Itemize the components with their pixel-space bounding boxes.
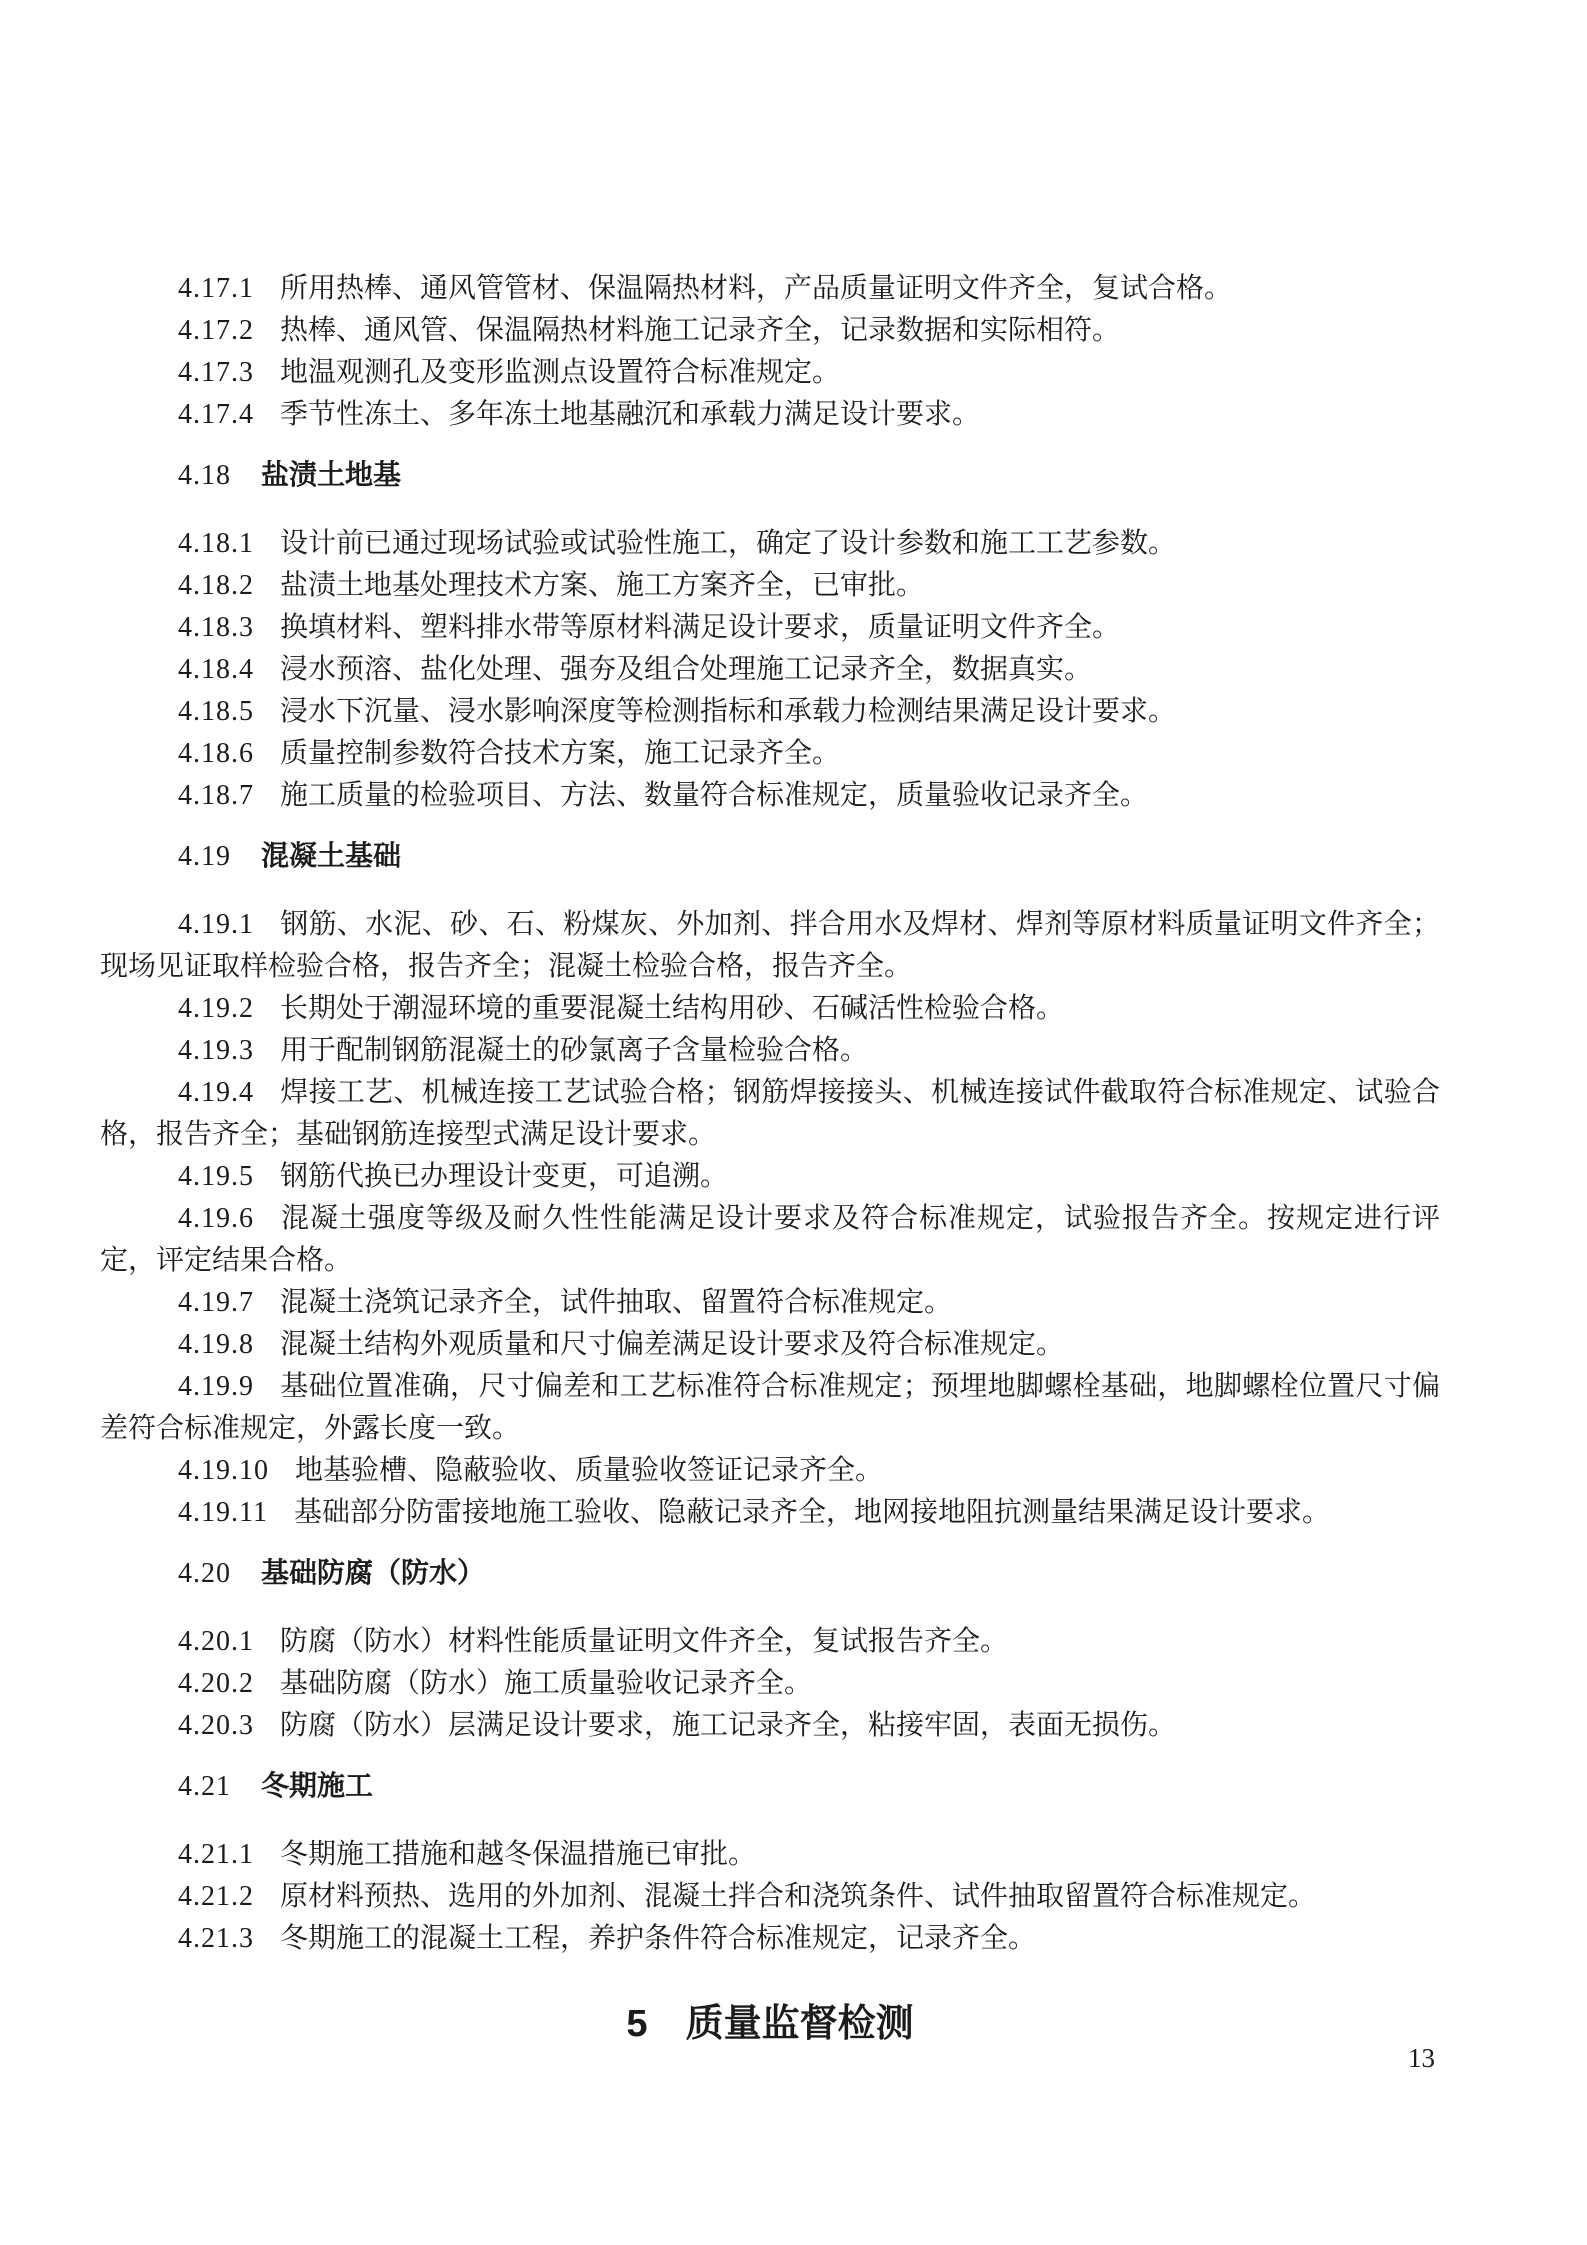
clause-text: 焊接工艺、机械连接工艺试验合格；钢筋焊接接头、机械连接试件截取符合标准规定、试验… (100, 1077, 1440, 1150)
clause-number: 4.19.4 (178, 1077, 254, 1108)
clause-number: 4.17.3 (178, 357, 254, 388)
clause-number: 4.19.7 (178, 1287, 254, 1318)
clause-text: 基础防腐（防水）施工质量验收记录齐全。 (280, 1668, 812, 1699)
clause-text: 冬期施工的混凝土工程，养护条件符合标准规定，记录齐全。 (280, 1923, 1036, 1954)
section-title: 盐渍土地基 (261, 459, 401, 490)
clause-item: 4.19.7混凝土浇筑记录齐全，试件抽取、留置符合标准规定。 (100, 1282, 1440, 1324)
clause-text: 地温观测孔及变形监测点设置符合标准规定。 (280, 357, 840, 388)
section-heading: 4.20基础防腐（防水） (100, 1552, 1440, 1595)
section-number: 4.21 (178, 1771, 231, 1802)
section-heading: 4.21冬期施工 (100, 1765, 1440, 1808)
clause-item: 4.18.5浸水下沉量、浸水影响深度等检测指标和承载力检测结果满足设计要求。 (100, 691, 1440, 733)
clause-text: 用于配制钢筋混凝土的砂氯离子含量检验合格。 (280, 1035, 868, 1066)
section-title: 基础防腐（防水） (261, 1557, 485, 1588)
document-page: 4.17.1所用热棒、通风管管材、保温隔热材料，产品质量证明文件齐全，复试合格。… (0, 0, 1587, 2245)
clause-item: 4.19.10地基验槽、隐蔽验收、质量验收签证记录齐全。 (100, 1450, 1440, 1492)
clause-number: 4.19.8 (178, 1329, 254, 1360)
section-title: 混凝土基础 (261, 840, 401, 871)
clause-number: 4.17.1 (178, 273, 254, 304)
clause-text: 长期处于潮湿环境的重要混凝土结构用砂、石碱活性检验合格。 (280, 993, 1064, 1024)
clause-number: 4.19.11 (178, 1497, 268, 1528)
clause-text: 防腐（防水）层满足设计要求，施工记录齐全，粘接牢固，表面无损伤。 (280, 1710, 1176, 1741)
clause-item: 4.18.6质量控制参数符合技术方案，施工记录齐全。 (100, 733, 1440, 775)
clause-item: 4.17.2热棒、通风管、保温隔热材料施工记录齐全，记录数据和实际相符。 (100, 310, 1440, 352)
section-heading: 4.19混凝土基础 (100, 835, 1440, 878)
clause-number: 4.19.9 (178, 1371, 254, 1402)
clause-text: 施工质量的检验项目、方法、数量符合标准规定，质量验收记录齐全。 (280, 780, 1148, 811)
clause-item: 4.19.2长期处于潮湿环境的重要混凝土结构用砂、石碱活性检验合格。 (100, 988, 1440, 1030)
clause-text: 设计前已通过现场试验或试验性施工，确定了设计参数和施工工艺参数。 (280, 528, 1176, 559)
clause-item: 4.19.11基础部分防雷接地施工验收、隐蔽记录齐全，地网接地阻抗测量结果满足设… (100, 1492, 1440, 1534)
clause-number: 4.19.3 (178, 1035, 254, 1066)
clause-text: 混凝土结构外观质量和尺寸偏差满足设计要求及符合标准规定。 (280, 1329, 1064, 1360)
clause-item: 4.19.5钢筋代换已办理设计变更，可追溯。 (100, 1156, 1440, 1198)
clause-text: 地基验槽、隐蔽验收、质量验收签证记录齐全。 (295, 1455, 883, 1486)
clause-text: 季节性冻土、多年冻土地基融沉和承载力满足设计要求。 (280, 399, 980, 430)
clause-text: 浸水下沉量、浸水影响深度等检测指标和承载力检测结果满足设计要求。 (280, 696, 1176, 727)
clause-text: 钢筋代换已办理设计变更，可追溯。 (280, 1161, 728, 1192)
clause-number: 4.20.1 (178, 1626, 254, 1657)
section-number: 4.20 (178, 1558, 231, 1589)
chapter-title: 质量监督检测 (686, 2003, 914, 2045)
clause-number: 4.19.6 (178, 1203, 254, 1234)
clause-number: 4.18.4 (178, 654, 254, 685)
clause-item: 4.18.2盐渍土地基处理技术方案、施工方案齐全，已审批。 (100, 565, 1440, 607)
clause-item: 4.18.1设计前已通过现场试验或试验性施工，确定了设计参数和施工工艺参数。 (100, 523, 1440, 565)
section-heading: 4.18盐渍土地基 (100, 454, 1440, 497)
clause-number: 4.18.2 (178, 570, 254, 601)
sections-container: 4.17.1所用热棒、通风管管材、保温隔热材料，产品质量证明文件齐全，复试合格。… (100, 268, 1440, 1960)
clause-number: 4.18.6 (178, 738, 254, 769)
clause-item: 4.19.3用于配制钢筋混凝土的砂氯离子含量检验合格。 (100, 1030, 1440, 1072)
clause-item: 4.17.3地温观测孔及变形监测点设置符合标准规定。 (100, 352, 1440, 394)
clause-item: 4.21.2原材料预热、选用的外加剂、混凝土拌合和浇筑条件、试件抽取留置符合标准… (100, 1876, 1440, 1918)
clause-number: 4.17.2 (178, 315, 254, 346)
section-number: 4.18 (178, 460, 231, 491)
clause-text: 混凝土强度等级及耐久性性能满足设计要求及符合标准规定，试验报告齐全。按规定进行评… (100, 1203, 1440, 1276)
clause-number: 4.19.10 (178, 1455, 269, 1486)
clause-item: 4.20.3防腐（防水）层满足设计要求，施工记录齐全，粘接牢固，表面无损伤。 (100, 1705, 1440, 1747)
clause-number: 4.20.3 (178, 1710, 254, 1741)
clause-number: 4.20.2 (178, 1668, 254, 1699)
clause-number: 4.19.5 (178, 1161, 254, 1192)
clause-item: 4.19.8混凝土结构外观质量和尺寸偏差满足设计要求及符合标准规定。 (100, 1324, 1440, 1366)
clause-text: 浸水预溶、盐化处理、强夯及组合处理施工记录齐全，数据真实。 (280, 654, 1092, 685)
page-number: 13 (1408, 2042, 1435, 2074)
clause-item: 4.19.6混凝土强度等级及耐久性性能满足设计要求及符合标准规定，试验报告齐全。… (100, 1198, 1440, 1282)
clause-number: 4.21.2 (178, 1881, 254, 1912)
clause-number: 4.19.2 (178, 993, 254, 1024)
clause-item: 4.18.3换填材料、塑料排水带等原材料满足设计要求，质量证明文件齐全。 (100, 607, 1440, 649)
clause-item: 4.19.4焊接工艺、机械连接工艺试验合格；钢筋焊接接头、机械连接试件截取符合标… (100, 1072, 1440, 1156)
clause-text: 冬期施工措施和越冬保温措施已审批。 (280, 1839, 756, 1870)
chapter-heading: 5质量监督检测 (100, 1996, 1440, 2052)
clause-item: 4.18.4浸水预溶、盐化处理、强夯及组合处理施工记录齐全，数据真实。 (100, 649, 1440, 691)
clause-text: 基础部分防雷接地施工验收、隐蔽记录齐全，地网接地阻抗测量结果满足设计要求。 (294, 1497, 1330, 1528)
clause-text: 防腐（防水）材料性能质量证明文件齐全，复试报告齐全。 (280, 1626, 1008, 1657)
clause-number: 4.18.1 (178, 528, 254, 559)
clause-number: 4.18.3 (178, 612, 254, 643)
document-body: 4.17.1所用热棒、通风管管材、保温隔热材料，产品质量证明文件齐全，复试合格。… (0, 0, 1587, 2052)
clause-text: 盐渍土地基处理技术方案、施工方案齐全，已审批。 (280, 570, 924, 601)
clause-item: 4.21.1冬期施工措施和越冬保温措施已审批。 (100, 1834, 1440, 1876)
clause-text: 质量控制参数符合技术方案，施工记录齐全。 (280, 738, 840, 769)
clause-item: 4.21.3冬期施工的混凝土工程，养护条件符合标准规定，记录齐全。 (100, 1918, 1440, 1960)
clause-number: 4.18.7 (178, 780, 254, 811)
section-number: 4.19 (178, 841, 231, 872)
chapter-number: 5 (626, 2003, 647, 2045)
clause-item: 4.20.2基础防腐（防水）施工质量验收记录齐全。 (100, 1663, 1440, 1705)
clause-text: 热棒、通风管、保温隔热材料施工记录齐全，记录数据和实际相符。 (280, 315, 1120, 346)
clause-text: 换填材料、塑料排水带等原材料满足设计要求，质量证明文件齐全。 (280, 612, 1120, 643)
clause-number: 4.21.1 (178, 1839, 254, 1870)
clause-item: 4.19.1钢筋、水泥、砂、石、粉煤灰、外加剂、拌合用水及焊材、焊剂等原材料质量… (100, 904, 1440, 988)
clause-item: 4.17.4季节性冻土、多年冻土地基融沉和承载力满足设计要求。 (100, 394, 1440, 436)
section-title: 冬期施工 (261, 1770, 373, 1801)
clause-text: 钢筋、水泥、砂、石、粉煤灰、外加剂、拌合用水及焊材、焊剂等原材料质量证明文件齐全… (100, 909, 1440, 982)
clause-item: 4.19.9基础位置准确，尺寸偏差和工艺标准符合标准规定；预埋地脚螺栓基础，地脚… (100, 1366, 1440, 1450)
clause-text: 基础位置准确，尺寸偏差和工艺标准符合标准规定；预埋地脚螺栓基础，地脚螺栓位置尺寸… (100, 1371, 1440, 1444)
clause-number: 4.19.1 (178, 909, 254, 940)
clause-item: 4.17.1所用热棒、通风管管材、保温隔热材料，产品质量证明文件齐全，复试合格。 (100, 268, 1440, 310)
clause-text: 混凝土浇筑记录齐全，试件抽取、留置符合标准规定。 (280, 1287, 952, 1318)
clause-item: 4.20.1防腐（防水）材料性能质量证明文件齐全，复试报告齐全。 (100, 1621, 1440, 1663)
clause-item: 4.18.7施工质量的检验项目、方法、数量符合标准规定，质量验收记录齐全。 (100, 775, 1440, 817)
clause-number: 4.21.3 (178, 1923, 254, 1954)
clause-text: 所用热棒、通风管管材、保温隔热材料，产品质量证明文件齐全，复试合格。 (280, 273, 1232, 304)
clause-text: 原材料预热、选用的外加剂、混凝土拌合和浇筑条件、试件抽取留置符合标准规定。 (280, 1881, 1316, 1912)
clause-number: 4.17.4 (178, 399, 254, 430)
clause-number: 4.18.5 (178, 696, 254, 727)
